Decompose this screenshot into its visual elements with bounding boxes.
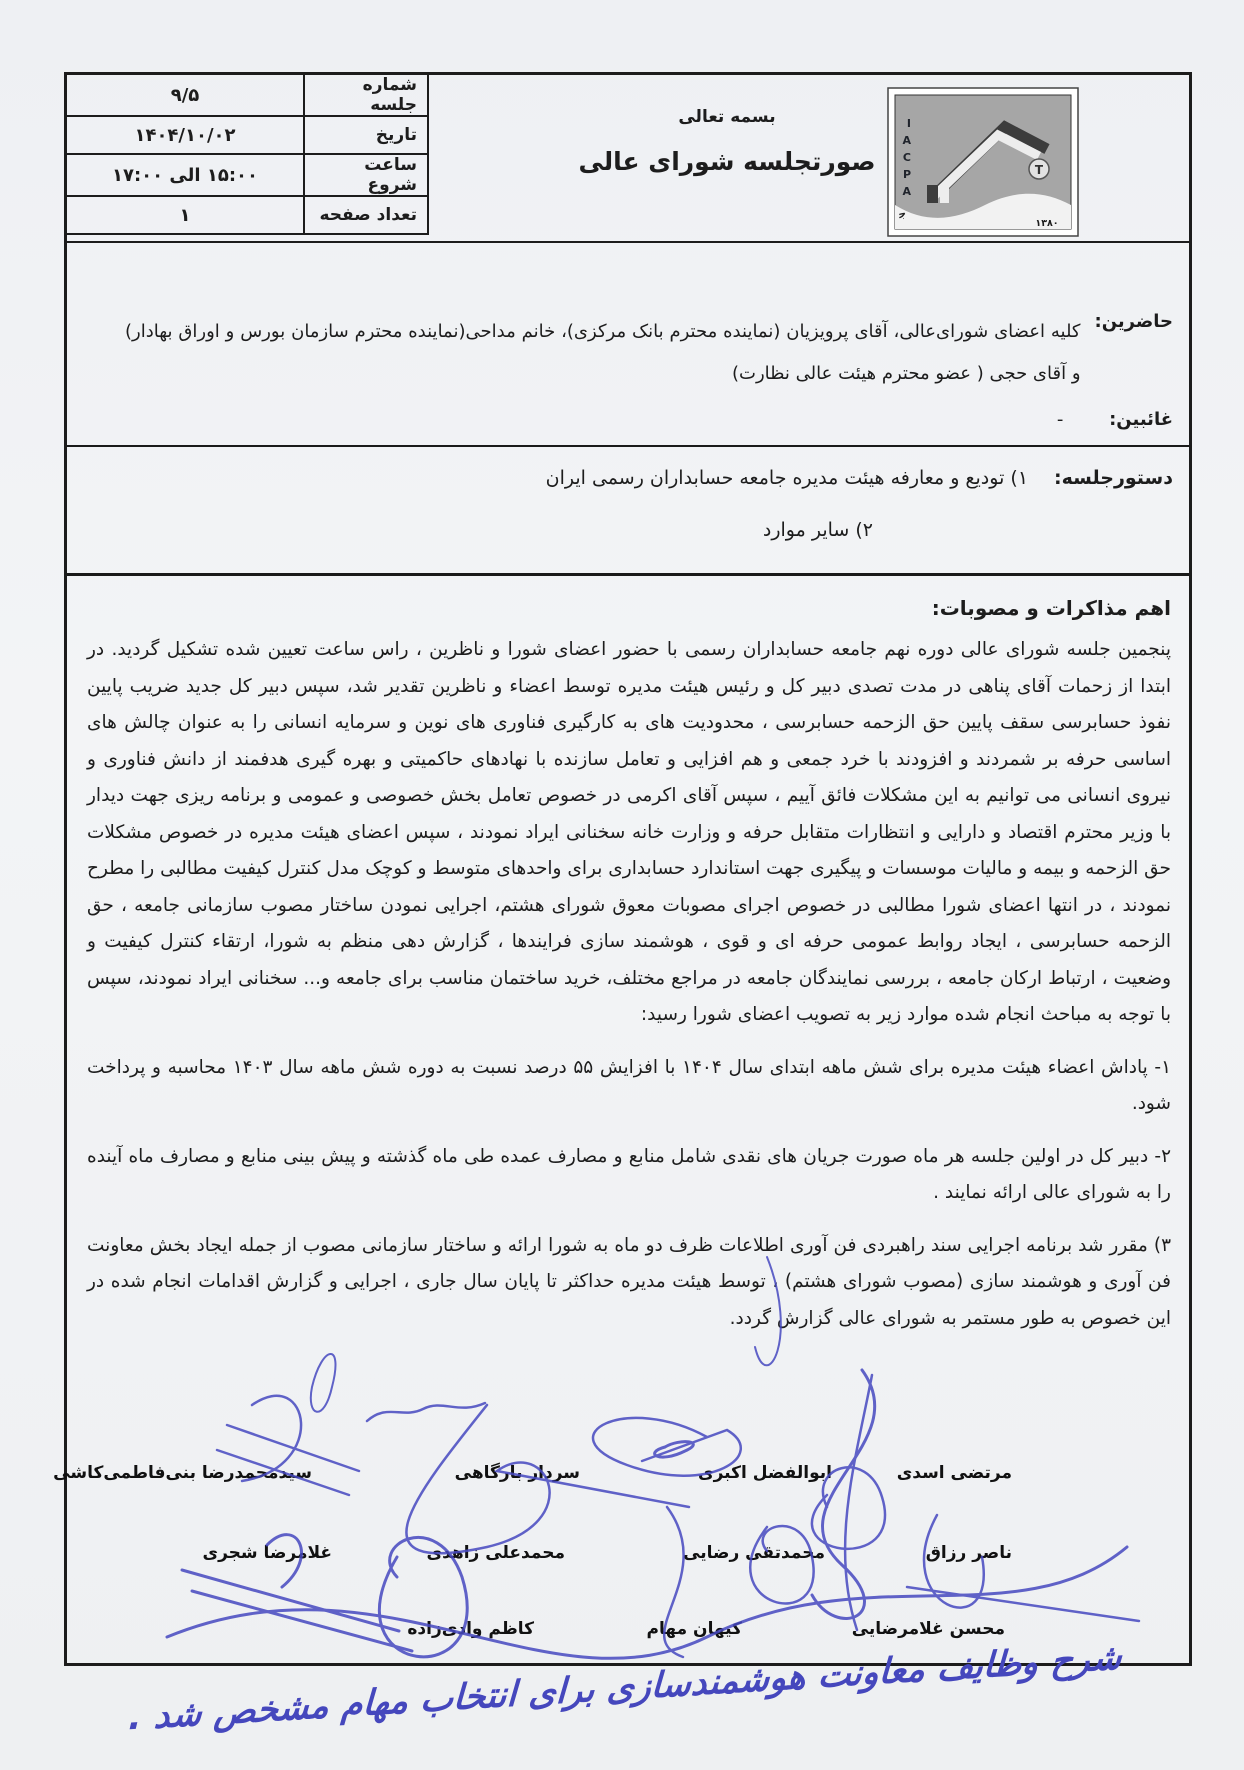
minutes-section: اهم مذاکرات و مصوبات: پنجمین جلسه شورای … [67,576,1189,1663]
logo-letter: I [907,117,911,130]
resolution-item-1: ۱- پاداش اعضاء هیئت مدیره برای شش ماهه ا… [87,1050,1171,1123]
date-label: تاریخ [304,116,428,154]
table-row: شماره جلسه ۹/۵ [66,74,428,116]
document-frame: شماره جلسه ۹/۵ تاریخ ۱۴۰۴/۱۰/۰۲ ساعت شرو… [64,72,1192,1666]
signature-name: مرتضی اسدی [897,1463,1012,1483]
agenda-item-2: ۲) سایر موارد [89,519,873,541]
start-time-label: ساعت شروع [304,154,428,196]
iacpa-logo: I A C P A T جامعه حسابداران رسمی ایران ۱… [887,87,1079,237]
signature-name: سیدمحمدرضا بنی‌فاطمی‌کاشی [53,1463,312,1483]
minutes-heading: اهم مذاکرات و مصوبات: [87,596,1171,620]
resolution-item-3: ۳) مقرر شد برنامه اجرایی سند راهبردی فن … [87,1228,1171,1338]
start-time-value: ۱۵:۰۰ الی ۱۷:۰۰ [66,154,304,196]
scanned-page-background: شماره جلسه ۹/۵ تاریخ ۱۴۰۴/۱۰/۰۲ ساعت شرو… [0,0,1244,1770]
signature-name: غلامرضا شجری [203,1543,332,1563]
attendees-section: حاضرین: کلیه اعضای شورای‌عالی، آقای پروی… [67,243,1189,405]
logo-letter: C [903,151,911,164]
agenda-label: دستورجلسه: [1054,467,1173,489]
meeting-number-label: شماره جلسه [304,74,428,116]
table-row: تاریخ ۱۴۰۴/۱۰/۰۲ [66,116,428,154]
agenda-section: دستورجلسه: ۱) تودیع و معارفه هیئت مدیره … [67,447,1189,576]
attendees-text: کلیه اعضای شورای‌عالی، آقای پرویزیان (نم… [89,311,1081,405]
signature-name: ابوالفضل اکبری [698,1463,832,1483]
attendees-label: حاضرین: [1095,311,1173,405]
logo-letter: A [902,185,911,198]
resolution-item-2: ۲- دبیر کل در اولین جلسه هر ماه صورت جری… [87,1139,1171,1212]
absentees-section: غائبین: - [67,405,1189,447]
table-row: ساعت شروع ۱۵:۰۰ الی ۱۷:۰۰ [66,154,428,196]
meeting-info-table: شماره جلسه ۹/۵ تاریخ ۱۴۰۴/۱۰/۰۲ ساعت شرو… [65,73,429,235]
signature-name: ناصر رزاق [926,1543,1012,1563]
signature-name: محسن غلامرضایی [852,1619,1005,1639]
logo-year: ۱۳۸۰ [1035,218,1058,229]
minutes-paragraph: پنجمین جلسه شورای عالی دوره نهم جامعه حس… [87,632,1171,1034]
agenda-item-1: ۱) تودیع و معارفه هیئت مدیره جامعه حسابد… [546,467,1028,489]
meeting-number-value: ۹/۵ [66,74,304,116]
table-row: تعداد صفحه ۱ [66,196,428,234]
page-count-label: تعداد صفحه [304,196,428,234]
absentees-label: غائبین: [1109,409,1173,430]
signature-name: کیهان مهام [647,1619,742,1639]
page-count-value: ۱ [66,196,304,234]
date-value: ۱۴۰۴/۱۰/۰۲ [66,116,304,154]
signature-name: سردار بارگاهی [455,1463,580,1483]
iacpa-logo-icon: I A C P A T جامعه حسابداران رسمی ایران ۱… [887,87,1079,237]
absentees-value: - [1057,409,1064,430]
logo-letter: P [903,168,911,181]
signature-name: محمدعلی زاهدی [427,1543,565,1563]
document-header: شماره جلسه ۹/۵ تاریخ ۱۴۰۴/۱۰/۰۲ ساعت شرو… [67,75,1189,243]
logo-badge-letter: T [1035,163,1044,177]
logo-letter: A [902,134,911,147]
signature-name: کاظم وادی‌زاده [407,1619,534,1639]
signature-name: محمدتقی رضایی [683,1543,825,1563]
